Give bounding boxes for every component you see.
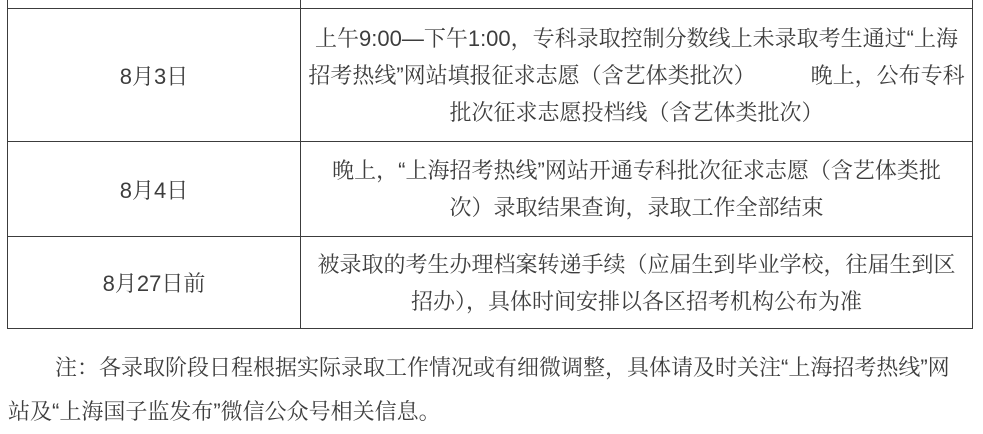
description-line: 批次征求志愿投档线（含艺体类批次） [449,94,823,131]
description-cell: 上午9:00—下午1:00，专科录取控制分数线上未录取考生通过“上海 招考热线”… [301,9,972,141]
footnote-line: 站及“上海国子监发布”微信公众号相关信息。 [8,390,983,434]
table-row-aug3: 8月3日 上午9:00—下午1:00，专科录取控制分数线上未录取考生通过“上海 … [8,9,972,142]
date-cell: 8月3日 [8,9,301,141]
footnote-line: 注：各录取阶段日程根据实际录取工作情况或有细微调整，具体请及时关注“上海招考热线… [8,346,983,390]
table-row-clipped-top [8,0,972,9]
date-cell [8,0,301,8]
description-line: 招考热线”网站填报征求志愿（含艺体类批次） 晚上，公布专科 [308,57,964,94]
date-label: 8月3日 [120,60,188,91]
date-label: 8月27日前 [103,267,206,298]
description-cell: 被录取的考生办理档案转递手续（应届生到毕业学校，往届生到区 招办），具体时间安排… [301,237,972,328]
description-line: 招办），具体时间安排以各区招考机构公布为准 [411,283,862,320]
date-label: 8月4日 [120,174,188,205]
date-cell: 8月27日前 [8,237,301,328]
description-line: 被录取的考生办理档案转递手续（应届生到毕业学校，往届生到区 [317,246,955,283]
footnote: 注：各录取阶段日程根据实际录取工作情况或有细微调整，具体请及时关注“上海招考热线… [8,346,983,434]
description-line: 上午9:00—下午1:00，专科录取控制分数线上未录取考生通过“上海 [315,20,958,57]
description-line: 晚上，“上海招考热线”网站开通专科批次征求志愿（含艺体类批 [332,152,941,189]
description-line: 次）录取结果查询，录取工作全部结束 [449,189,823,226]
table-row-aug27: 8月27日前 被录取的考生办理档案转递手续（应届生到毕业学校，往届生到区 招办）… [8,237,972,329]
date-cell: 8月4日 [8,142,301,236]
article-page: 8月3日 上午9:00—下午1:00，专科录取控制分数线上未录取考生通过“上海 … [0,0,983,434]
description-cell: 晚上，“上海招考热线”网站开通专科批次征求志愿（含艺体类批 次）录取结果查询，录… [301,142,972,236]
table-row-aug4: 8月4日 晚上，“上海招考热线”网站开通专科批次征求志愿（含艺体类批 次）录取结… [8,142,972,237]
description-cell [301,0,972,8]
admission-schedule-table: 8月3日 上午9:00—下午1:00，专科录取控制分数线上未录取考生通过“上海 … [7,0,973,329]
